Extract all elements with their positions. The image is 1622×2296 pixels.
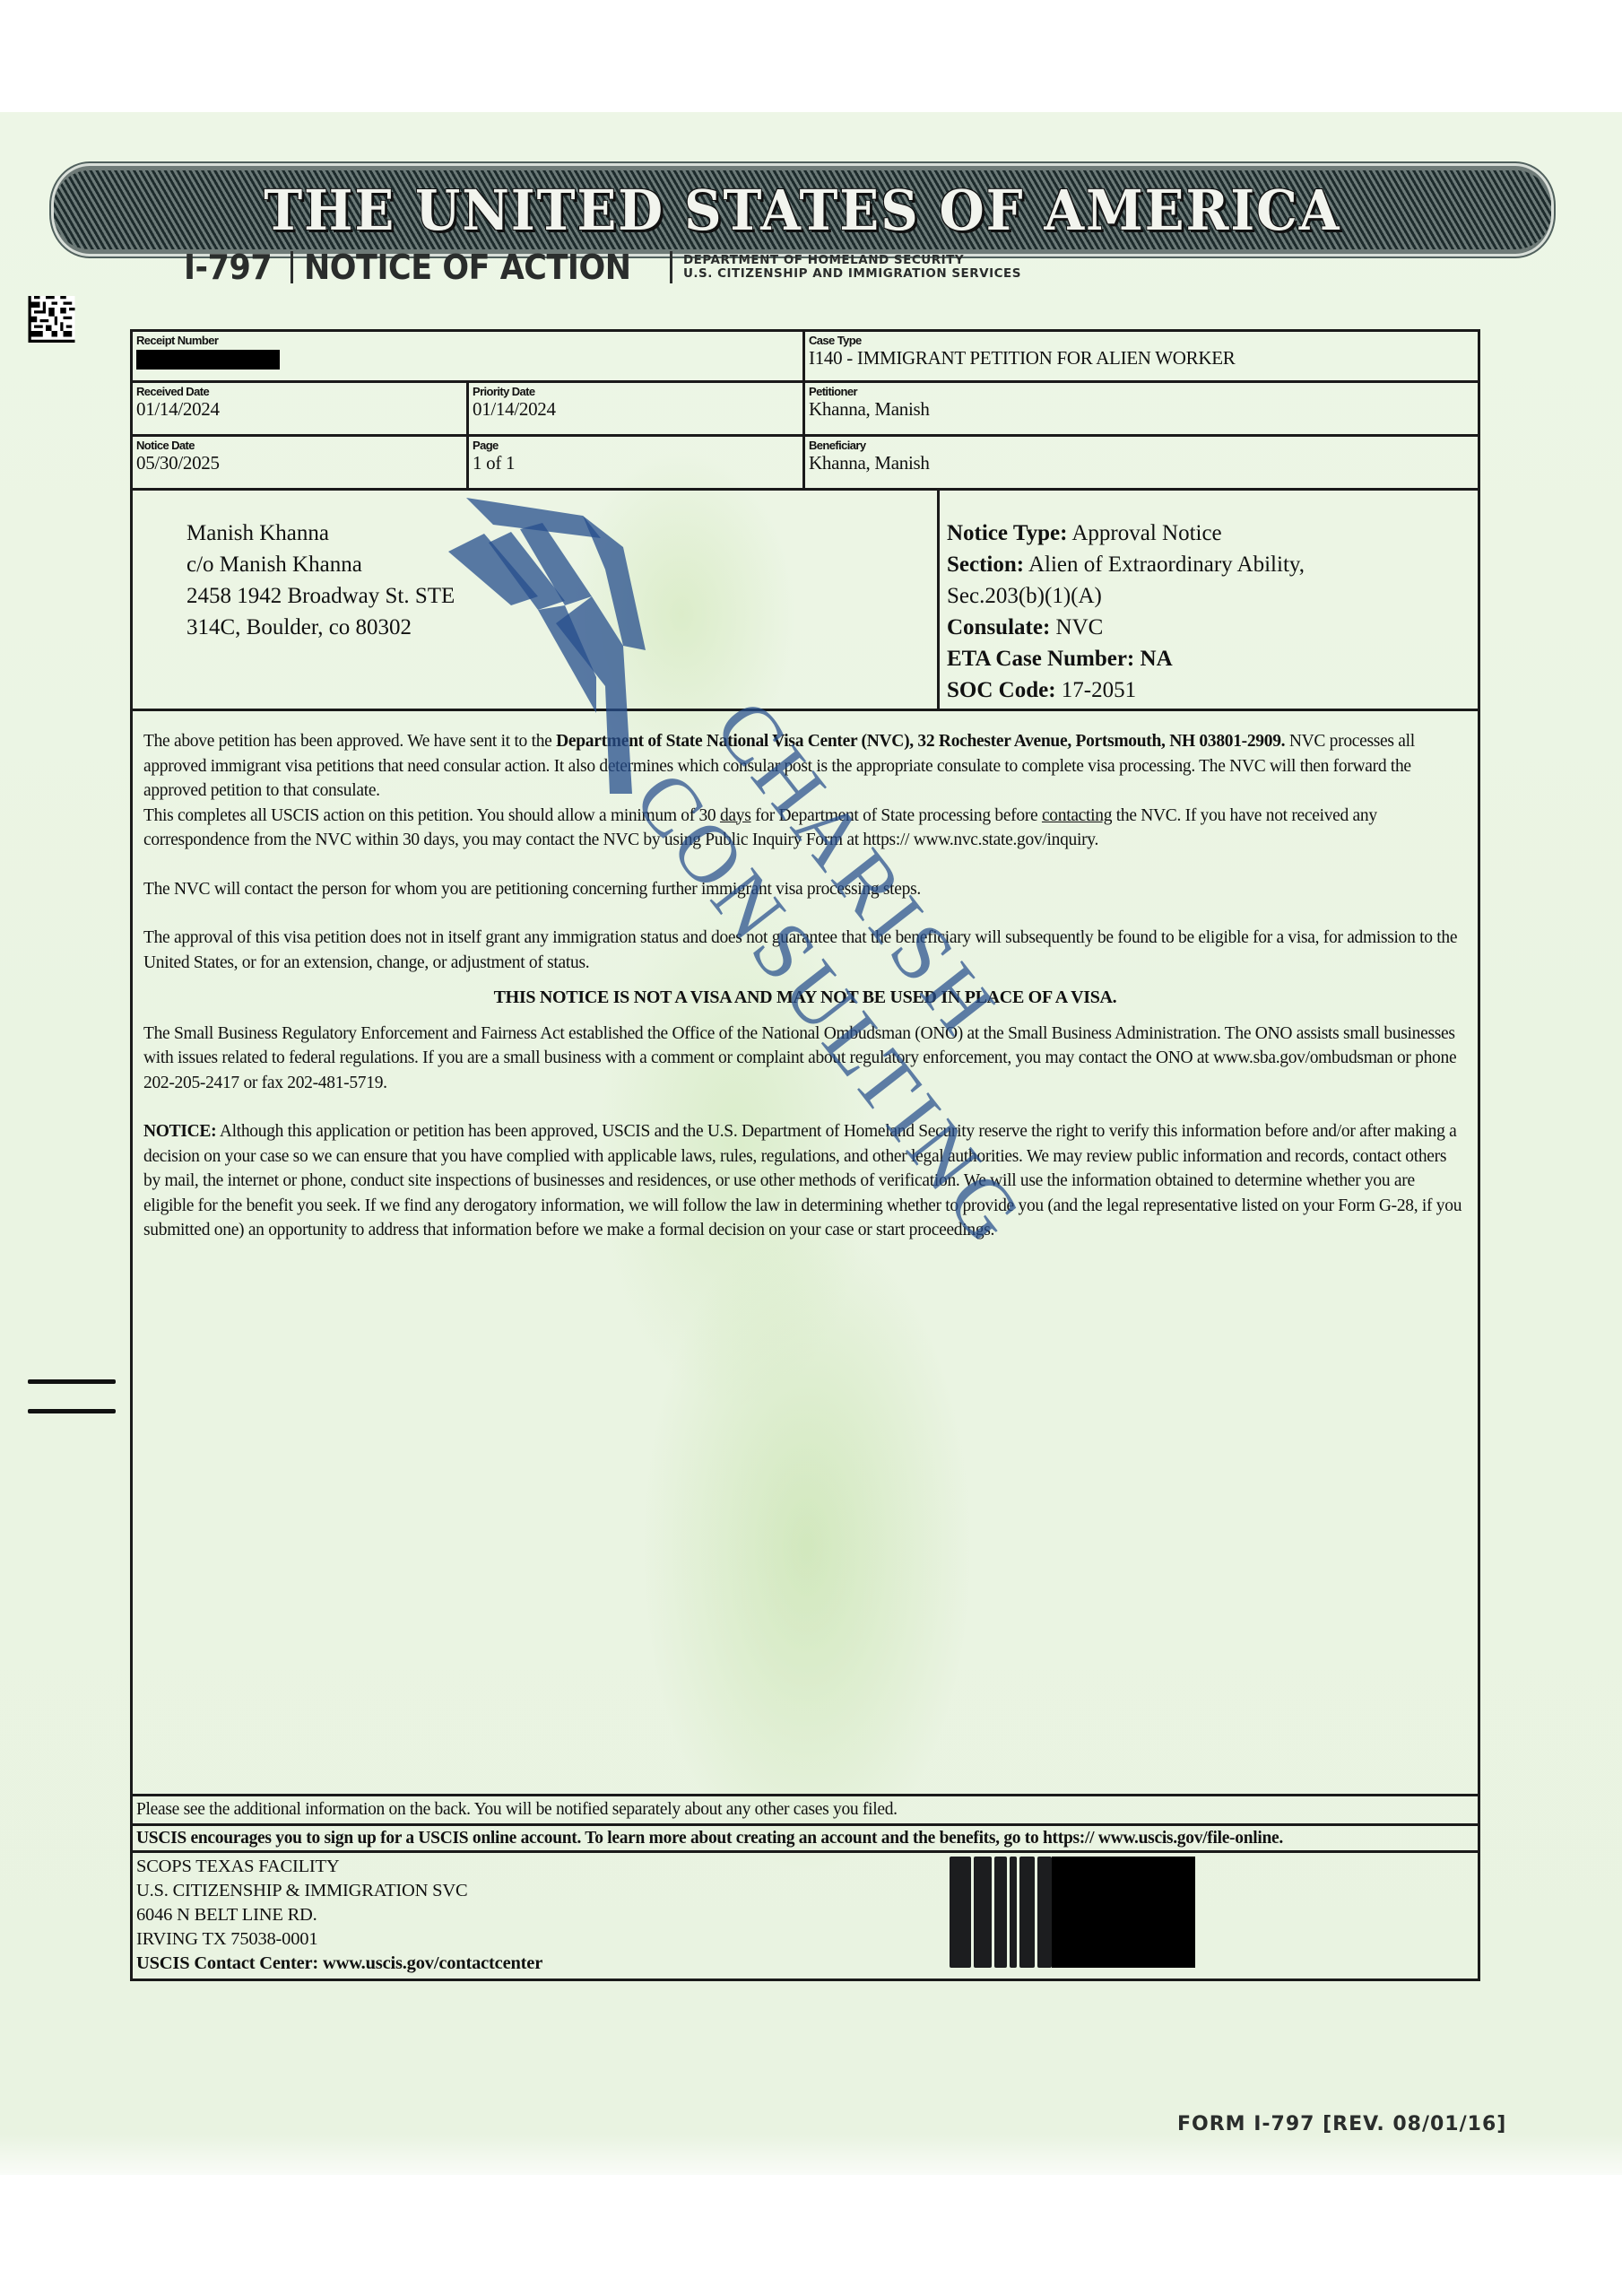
paragraph-ombudsman: The Small Business Regulatory Enforcemen… [143, 1022, 1467, 1096]
petitioner-value: Khanna, Manish [809, 398, 1474, 420]
form-number: I-797 [184, 248, 272, 287]
received-date-label: Received Date [136, 385, 463, 398]
address-street: 2458 1942 Broadway St. STE [186, 580, 937, 612]
nvc-address: Department of State National Visa Center… [556, 732, 1285, 751]
barcode-icon [950, 1857, 1195, 1968]
notice-date-field: Notice Date 05/30/2025 [133, 437, 469, 488]
receipt-number-redacted [136, 350, 280, 370]
barcode-redacted [1052, 1857, 1195, 1968]
text: Although this application or petition ha… [143, 1122, 1462, 1239]
address-name: Manish Khanna [186, 517, 937, 549]
office-city: IRVING TX 75038-0001 [136, 1927, 943, 1952]
eta-value: NA [1141, 647, 1173, 671]
banner-title: THE UNITED STATES OF AMERICA [264, 178, 1340, 243]
case-type-label: Case Type [809, 334, 1474, 347]
text: This completes all USCIS action on this … [143, 806, 720, 825]
text: days [720, 806, 751, 825]
priority-date-value: 01/14/2024 [473, 398, 799, 420]
soc-label: SOC Code: [947, 678, 1056, 702]
received-date-field: Received Date 01/14/2024 [133, 383, 469, 434]
divider [670, 251, 672, 283]
notice-info: Notice Type: Approval Notice Section: Al… [940, 491, 1478, 709]
page-value: 1 of 1 [473, 452, 799, 474]
soc-value: 17-2051 [1062, 678, 1136, 702]
eta-case-number: ETA Case Number: NA [947, 643, 1478, 674]
contact-center-label: USCIS Contact Center: [136, 1953, 318, 1973]
paragraph-processing-steps: The NVC will contact the person for whom… [143, 877, 1467, 902]
notice-form: Receipt Number Case Type I140 - IMMIGRAN… [130, 329, 1480, 1981]
notice-type: Notice Type: Approval Notice [947, 517, 1478, 549]
section-label: Section: [947, 552, 1024, 577]
address-city: 314C, Boulder, co 80302 [186, 612, 937, 643]
case-type-value: I140 - IMMIGRANT PETITION FOR ALIEN WORK… [809, 347, 1474, 369]
text: for Department of State processing befor… [751, 806, 1042, 825]
section-code: Sec.203(b)(1)(A) [947, 580, 1478, 612]
header-banner: THE UNITED STATES OF AMERICA [54, 166, 1551, 254]
consulate-value: NVC [1056, 615, 1104, 639]
notice-type-value: Approval Notice [1071, 521, 1221, 545]
petitioner-field: Petitioner Khanna, Manish [805, 383, 1478, 434]
receipt-number-label: Receipt Number [136, 334, 799, 347]
notice-date-label: Notice Date [136, 439, 463, 452]
agency-name: DEPARTMENT OF HOMELAND SECURITY U.S. CIT… [683, 254, 1021, 281]
datamatrix-code-icon [28, 296, 75, 343]
receipt-number-field: Receipt Number [133, 332, 805, 380]
office-agency: U.S. CITIZENSHIP & IMMIGRATION SVC [136, 1879, 943, 1903]
consulate-label: Consulate: [947, 615, 1050, 639]
notice-label: NOTICE: [143, 1122, 216, 1141]
consulate: Consulate: NVC [947, 612, 1478, 643]
agency-line-1: DEPARTMENT OF HOMELAND SECURITY [683, 253, 964, 267]
case-type-field: Case Type I140 - IMMIGRANT PETITION FOR … [805, 332, 1478, 380]
received-date-value: 01/14/2024 [136, 398, 463, 420]
barcode-area [947, 1853, 1478, 1979]
mailing-address: Manish Khanna c/o Manish Khanna 2458 194… [133, 491, 940, 709]
divider [291, 251, 293, 283]
notice-date-value: 05/30/2025 [136, 452, 463, 474]
notice-body: The above petition has been approved. We… [133, 711, 1478, 1796]
form-header: I-797 NOTICE OF ACTION DEPARTMENT OF HOM… [184, 247, 1021, 288]
not-a-visa-warning: THIS NOTICE IS NOT A VISA AND MAY NOT BE… [143, 986, 1467, 1011]
beneficiary-field: Beneficiary Khanna, Manish [805, 437, 1478, 488]
section: Section: Alien of Extraordinary Ability, [947, 549, 1478, 580]
paragraph-verification-notice: NOTICE: Although this application or pet… [143, 1119, 1467, 1243]
soc-code: SOC Code: 17-2051 [947, 674, 1478, 706]
section-value: Alien of Extraordinary Ability, [1028, 552, 1305, 577]
paper-edge [0, 2135, 1622, 2188]
notice-type-label: Notice Type: [947, 521, 1067, 545]
form-title: NOTICE OF ACTION [304, 248, 631, 287]
additional-info-note: Please see the additional information on… [133, 1796, 1478, 1826]
service-center-address: SCOPS TEXAS FACILITY U.S. CITIZENSHIP & … [133, 1853, 947, 1979]
address-care-of: c/o Manish Khanna [186, 549, 937, 580]
priority-date-label: Priority Date [473, 385, 799, 398]
text: contacting [1042, 806, 1112, 825]
beneficiary-value: Khanna, Manish [809, 452, 1474, 474]
beneficiary-label: Beneficiary [809, 439, 1474, 452]
priority-date-field: Priority Date 01/14/2024 [469, 383, 805, 434]
agency-line-2: U.S. CITIZENSHIP AND IMMIGRATION SERVICE… [683, 266, 1021, 281]
contact-center-url: www.uscis.gov/contactcenter [323, 1953, 542, 1973]
office-name: SCOPS TEXAS FACILITY [136, 1855, 943, 1879]
office-street: 6046 N BELT LINE RD. [136, 1903, 943, 1927]
paragraph-nvc-contact: This completes all USCIS action on this … [143, 804, 1467, 853]
petitioner-label: Petitioner [809, 385, 1474, 398]
paragraph-approval: The above petition has been approved. We… [143, 729, 1467, 804]
paragraph-status-disclaimer: The approval of this visa petition does … [143, 926, 1467, 975]
eta-label: ETA Case Number: [947, 647, 1134, 671]
contact-center: USCIS Contact Center: www.uscis.gov/cont… [136, 1952, 943, 1976]
margin-marks [28, 1379, 116, 1439]
online-account-note: USCIS encourages you to sign up for a US… [133, 1826, 1478, 1853]
page-label: Page [473, 439, 799, 452]
page-field: Page 1 of 1 [469, 437, 805, 488]
text: The above petition has been approved. We… [143, 732, 556, 751]
form-revision: FORM I-797 [REV. 08/01/16] [1177, 2113, 1506, 2135]
